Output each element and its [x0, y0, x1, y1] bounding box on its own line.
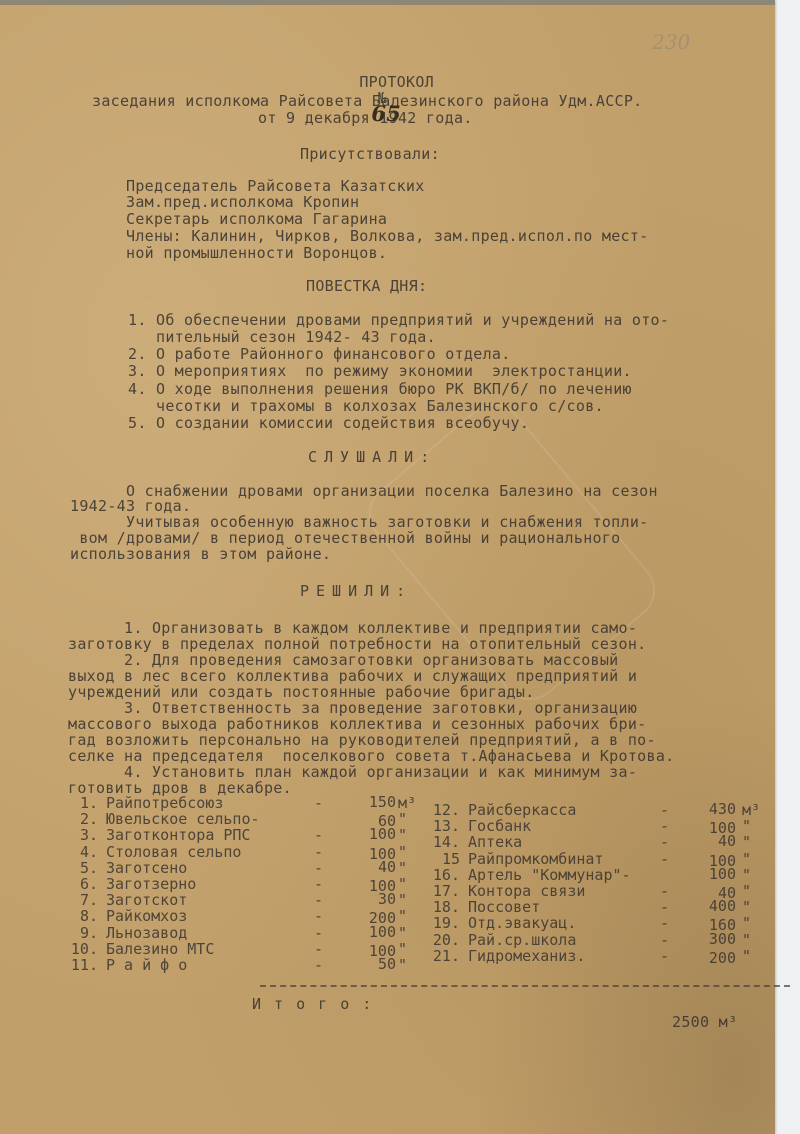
plan-row-dash: -	[660, 948, 669, 964]
plan-row-number: 6.	[62, 876, 98, 892]
plan-row: 9.Льнозавод-100"	[62, 925, 428, 941]
decided-heading: РЕШИЛИ:	[300, 583, 412, 599]
plan-row-dash: -	[314, 844, 323, 860]
agenda-line: чесотки и трахомы в колхозах Балезинског…	[128, 398, 604, 414]
plan-row-organization: Заготзерно	[106, 876, 196, 892]
plan-row-dash: -	[314, 795, 323, 811]
plan-row-quantity: 150	[346, 794, 396, 810]
plan-row-quantity: 100	[346, 924, 396, 940]
plan-row-dash: -	[660, 883, 669, 899]
plan-row-dash: -	[660, 915, 669, 931]
plan-row-unit: "	[398, 892, 407, 908]
subtitle-line-2: от 9 декабря 1942 года.	[258, 110, 473, 126]
plan-row-unit: "	[398, 811, 407, 827]
plan-row-unit: "	[742, 883, 751, 899]
plan-row-unit: "	[398, 844, 407, 860]
plan-row-number: 1.	[62, 795, 98, 811]
total-label: И т о г о :	[252, 996, 373, 1012]
plan-row-dash: -	[314, 827, 323, 843]
plan-row: 19.Отд.эвакуац.-160"	[424, 915, 772, 931]
plan-row-organization: Райпотребсоюз	[106, 795, 223, 811]
plan-row: 14.Аптека-40"	[424, 834, 772, 850]
plan-row-unit: "	[742, 818, 751, 834]
document-sheet: 230 ПРОТОКОЛ № 65 заседания исполкома Ра…	[0, 0, 775, 1134]
plan-row-number: 13.	[424, 818, 460, 834]
plan-row-dash: -	[660, 899, 669, 915]
plan-row: 7.Заготскот-30"	[62, 892, 428, 908]
plan-row-quantity: 100	[686, 866, 736, 882]
plan-row-organization: Райсберкасса	[468, 802, 576, 818]
decided-line: массового выхода работников коллектива и…	[68, 716, 647, 732]
plan-row-number: 7.	[62, 892, 98, 908]
total-separator-line	[260, 985, 790, 987]
plan-row: 8.Райкомхоз-200"	[62, 908, 428, 924]
present-heading: Присутствовали:	[300, 146, 440, 162]
plan-row-organization: Гидромеханиз.	[468, 948, 585, 964]
plan-row-dash: -	[660, 818, 669, 834]
decided-line: 3. Ответственность за проведение заготов…	[68, 700, 637, 716]
agenda-line: 3. О мероприятиях по режиму экономии эле…	[128, 363, 632, 379]
heard-line: вом /дровами/ в период отечественной вой…	[70, 530, 621, 546]
plan-row-unit: "	[742, 948, 751, 964]
plan-row: 4.Столовая сельпо-100"	[62, 844, 428, 860]
decided-line: 2. Для проведения самозаготовки организо…	[68, 652, 619, 668]
plan-row-number: 5.	[62, 860, 98, 876]
present-line: Секретарь исполкома Гагарина	[126, 211, 387, 227]
agenda-line: пительный сезон 1942- 43 года.	[128, 329, 436, 345]
plan-row-unit: "	[742, 834, 751, 850]
decided-line: выход в лес всего коллектива рабочих и с…	[68, 668, 637, 684]
plan-row-organization: Райпромкомбинат	[468, 851, 603, 867]
plan-row: 1.Райпотребсоюз-150м³	[62, 795, 428, 811]
plan-row-quantity: 430	[686, 801, 736, 817]
present-line: ной промышленности Воронцов.	[126, 245, 387, 261]
plan-row-number: 17.	[424, 883, 460, 899]
present-line: Зам.пред.исполкома Кропин	[126, 194, 359, 210]
plan-row-number: 12.	[424, 802, 460, 818]
title-word: ПРОТОКОЛ	[359, 73, 434, 91]
plan-row-dash: -	[314, 957, 323, 973]
heard-heading: СЛУШАЛИ:	[308, 449, 436, 465]
plan-row-number: 8.	[62, 908, 98, 924]
agenda-line: 5. О создании комиссии содействия всеобу…	[128, 415, 529, 431]
plan-row-dash: -	[660, 851, 669, 867]
agenda-line: 4. О ходе выполнения решения бюро РК ВКП…	[128, 381, 632, 397]
plan-row-unit: "	[398, 876, 407, 892]
heard-line: использования в этом районе.	[70, 546, 331, 562]
agenda-line: 1. Об обеспечении дровами предприятий и …	[128, 312, 669, 328]
plan-row-number: 20.	[424, 932, 460, 948]
plan-row-dash: -	[660, 802, 669, 818]
plan-row-organization: Заготсено	[106, 860, 187, 876]
plan-row-number: 15	[424, 851, 460, 867]
agenda-line: 2. О работе Районного финансового отдела…	[128, 346, 511, 362]
plan-row: 5.Заготсено-40"	[62, 860, 428, 876]
plan-row-dash: -	[314, 925, 323, 941]
plan-row-number: 10.	[62, 941, 98, 957]
heard-line: Учитывая особенную важность заготовки и …	[70, 514, 649, 530]
plan-row: 10.Балезино МТС-100"	[62, 941, 428, 957]
plan-row-dash: -	[660, 834, 669, 850]
decided-line: 1. Организовать в каждом коллективе и пр…	[68, 620, 637, 636]
decided-line: заготовку в пределах полной потребности …	[68, 636, 647, 652]
plan-row-organization: Балезино МТС	[106, 941, 214, 957]
plan-row-number: 16.	[424, 867, 460, 883]
plan-row-unit: м³	[398, 795, 416, 811]
plan-row-unit: "	[742, 867, 751, 883]
plan-row-organization: Райкомхоз	[106, 908, 187, 924]
plan-row-quantity: 50	[346, 956, 396, 972]
plan-row-number: 19.	[424, 915, 460, 931]
plan-row-number: 18.	[424, 899, 460, 915]
plan-row-unit: "	[398, 957, 407, 973]
plan-row-unit: "	[742, 899, 751, 915]
plan-row-unit: "	[398, 908, 407, 924]
decided-line: гад возложить персонально на руководител…	[68, 732, 656, 748]
present-line: Председатель Райсовета Казатских	[126, 178, 425, 194]
decided-line: селке на председателя поселкового совета…	[68, 748, 675, 764]
plan-row: 3.Заготконтора РПС-100"	[62, 827, 428, 843]
plan-row-quantity: 400	[686, 898, 736, 914]
plan-row-unit: м³	[742, 802, 760, 818]
plan-row-unit: "	[398, 925, 407, 941]
plan-row-organization: Отд.эвакуац.	[468, 915, 576, 931]
plan-row-number: 3.	[62, 827, 98, 843]
plan-row-organization: Столовая сельпо	[106, 844, 241, 860]
plan-row-organization: Заготконтора РПС	[106, 827, 251, 843]
plan-row-quantity: 100	[346, 826, 396, 842]
plan-row-unit: "	[398, 827, 407, 843]
plan-row-organization: Госбанк	[468, 818, 531, 834]
subtitle-line-1: заседания исполкома Райсовета Балезинско…	[92, 93, 643, 109]
plan-row-number: 11.	[62, 957, 98, 973]
plan-row-unit: "	[742, 932, 751, 948]
plan-row-organization: Льнозавод	[106, 925, 187, 941]
plan-row: 12.Райсберкасса-430м³	[424, 802, 772, 818]
plan-row-unit: "	[398, 941, 407, 957]
archive-page-number: 230	[652, 30, 690, 54]
agenda-heading: ПОВЕСТКА ДНЯ:	[306, 278, 427, 294]
plan-row-organization: Поссовет	[468, 899, 540, 915]
decided-line: 4. Установить план каждой организации и …	[68, 764, 637, 780]
plan-row-dash: -	[314, 941, 323, 957]
plan-row-dash: -	[314, 892, 323, 908]
plan-row-number: 9.	[62, 925, 98, 941]
scan-top-edge	[0, 0, 775, 5]
plan-row: 20.Рай.ср.школа-300"	[424, 932, 772, 948]
plan-row-organization: Контора связи	[468, 883, 585, 899]
plan-row-organization: Ювельское сельпо-	[106, 811, 260, 827]
plan-row: 21.Гидромеханиз.-200"	[424, 948, 772, 964]
plan-row-number: 14.	[424, 834, 460, 850]
plan-row-organization: Артель "Коммунар"-	[468, 867, 631, 883]
plan-row-unit: "	[398, 860, 407, 876]
plan-row-organization: Аптека	[468, 834, 522, 850]
plan-row-unit: "	[742, 851, 751, 867]
plan-row-unit: "	[742, 915, 751, 931]
present-line: Члены: Калинин, Чирков, Волкова, зам.пре…	[126, 228, 649, 244]
heard-line: 1942-43 года.	[70, 498, 191, 514]
plan-row-organization: Р а й ф о	[106, 957, 187, 973]
plan-row-organization: Рай.ср.школа	[468, 932, 576, 948]
plan-row-quantity: 40	[686, 833, 736, 849]
plan-row-number: 21.	[424, 948, 460, 964]
plan-row-dash: -	[314, 908, 323, 924]
plan-row: 11.Р а й ф о-50"	[62, 957, 428, 973]
total-value: 2500 м³	[672, 1014, 737, 1030]
decided-line: учреждений или создать постоянные рабочи…	[68, 684, 535, 700]
plan-row-quantity: 40	[346, 859, 396, 875]
plan-row-dash: -	[314, 876, 323, 892]
plan-row-quantity: 200	[686, 950, 736, 966]
plan-row-dash: -	[314, 860, 323, 876]
plan-row-number: 4.	[62, 844, 98, 860]
plan-row-quantity: 300	[686, 931, 736, 947]
plan-row-quantity: 30	[346, 891, 396, 907]
plan-row: 18.Поссовет-400"	[424, 899, 772, 915]
plan-row-dash: -	[660, 932, 669, 948]
plan-row-organization: Заготскот	[106, 892, 187, 908]
plan-row: 6.Заготзерно-100"	[62, 876, 428, 892]
plan-row-number: 2.	[62, 811, 98, 827]
plan-row: 16.Артель "Коммунар"-100"	[424, 867, 772, 883]
